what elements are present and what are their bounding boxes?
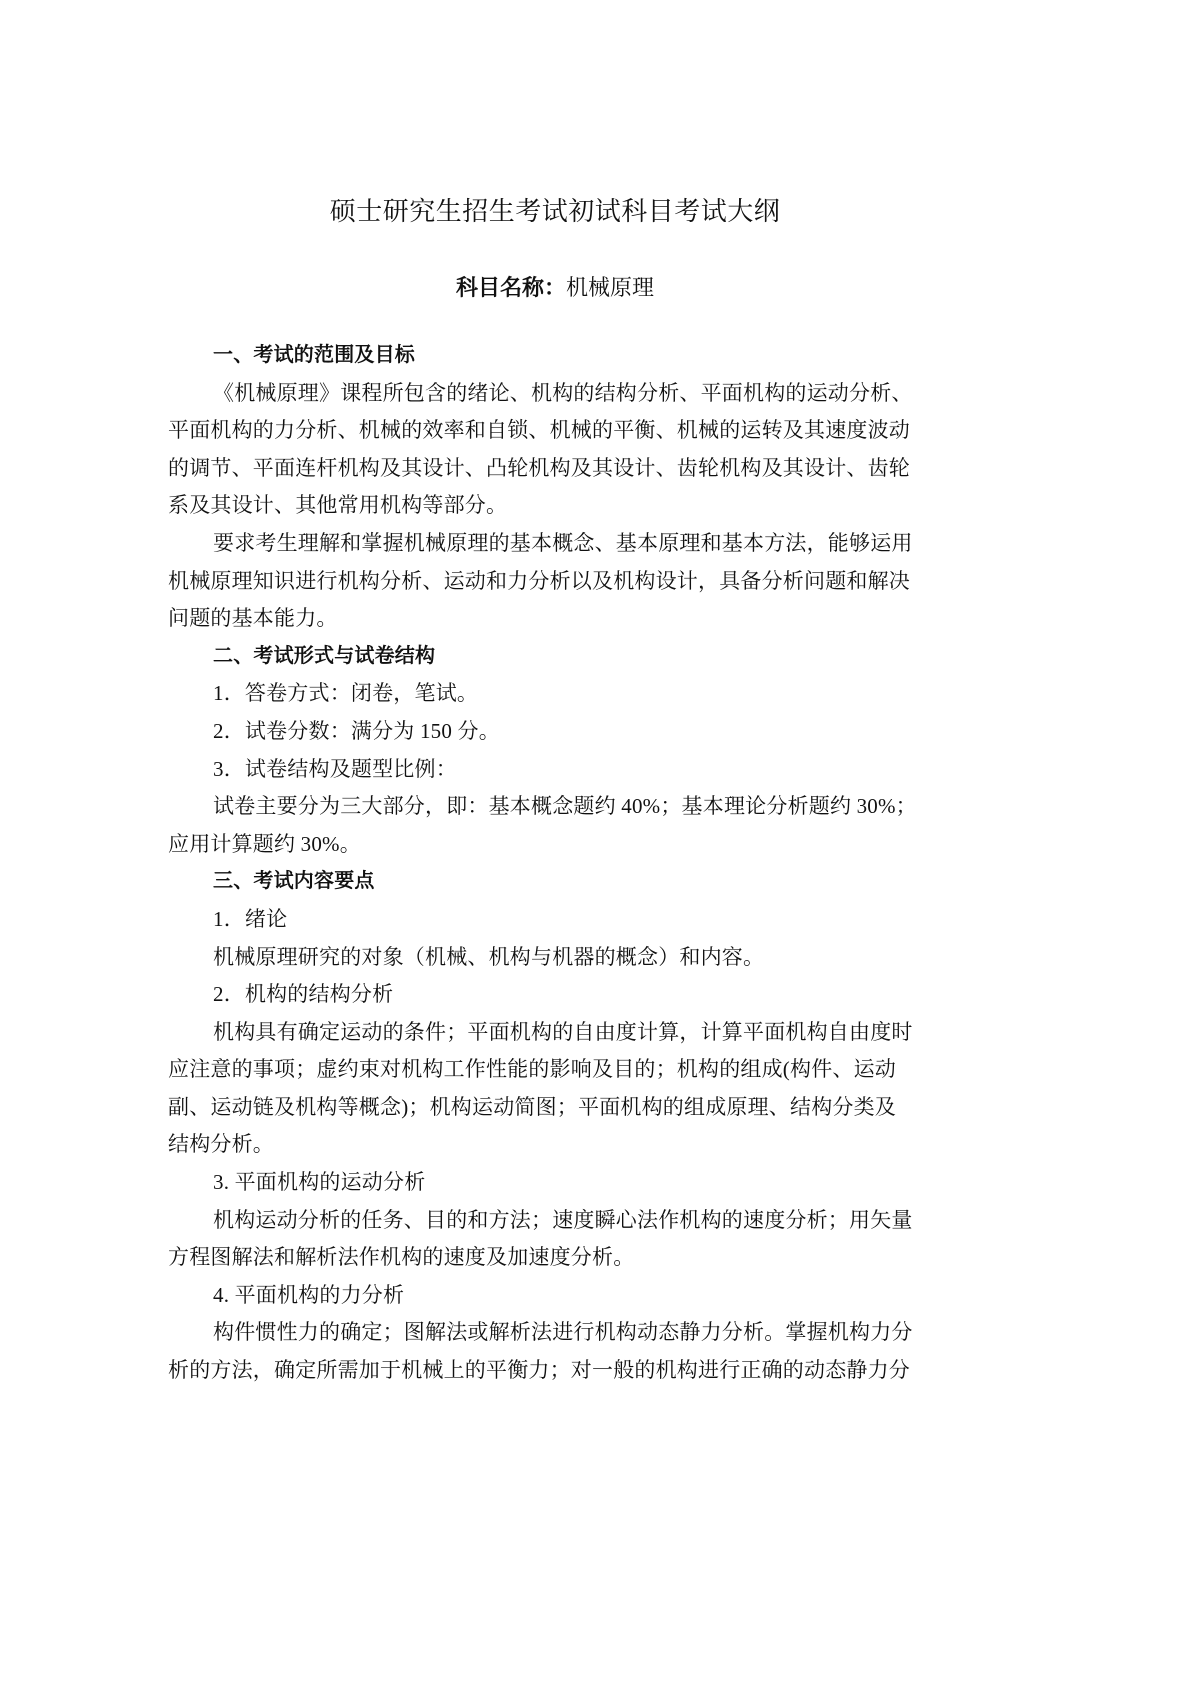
paragraph-line: 析的方法，确定所需加于机械上的平衡力；对一般的机构进行正确的动态静力分 [168,1352,943,1390]
paragraph-line: 试卷主要分为三大部分，即：基本概念题约 40%；基本理论分析题约 30%； [168,788,943,826]
paragraph-line: 构件惯性力的确定；图解法或解析法进行机构动态静力分析。掌握机构力分 [168,1314,943,1352]
section-heading-1: 一、考试的范围及目标 [168,337,943,375]
paragraph-line: 机械原理知识进行机构分析、运动和力分析以及机构设计，具备分析问题和解决 [168,563,943,601]
paragraph-line: 要求考生理解和掌握机械原理的基本概念、基本原理和基本方法，能够运用 [168,525,943,563]
paragraph-line: 问题的基本能力。 [168,600,943,638]
subsection-title: 4. 平面机构的力分析 [168,1277,943,1315]
section-heading-3: 三、考试内容要点 [168,863,943,901]
paragraph-line: 方程图解法和解析法作机构的速度及加速度分析。 [168,1239,943,1277]
list-item: 1．答卷方式：闭卷，笔试。 [168,675,943,713]
paragraph-line: 系及其设计、其他常用机构等部分。 [168,487,943,525]
paragraph-line: 结构分析。 [168,1126,943,1164]
subject-value: 机械原理 [566,275,654,300]
list-item: 2．试卷分数：满分为 150 分。 [168,713,943,751]
subsection-title: 3. 平面机构的运动分析 [168,1164,943,1202]
paragraph-line: 《机械原理》课程所包含的绪论、机构的结构分析、平面机构的运动分析、 [168,375,943,413]
list-item: 3．试卷结构及题型比例： [168,751,943,789]
document-page: 硕士研究生招生考试初试科目考试大纲 科目名称：机械原理 一、考试的范围及目标 《… [0,0,1190,1683]
document-body: 一、考试的范围及目标 《机械原理》课程所包含的绪论、机构的结构分析、平面机构的运… [168,337,943,1390]
paragraph-line: 机构具有确定运动的条件；平面机构的自由度计算，计算平面机构自由度时 [168,1014,943,1052]
subsection-title: 2．机构的结构分析 [168,976,943,1014]
subject-label: 科目名称： [456,275,566,300]
paragraph-line: 平面机构的力分析、机械的效率和自锁、机械的平衡、机械的运转及其速度波动 [168,412,943,450]
section-heading-2: 二、考试形式与试卷结构 [168,638,943,676]
paragraph-line: 副、运动链及机构等概念)；机构运动简图；平面机构的组成原理、结构分类及 [168,1089,943,1127]
paragraph-line: 的调节、平面连杆机构及其设计、凸轮机构及其设计、齿轮机构及其设计、齿轮 [168,450,943,488]
paragraph-line: 机构运动分析的任务、目的和方法；速度瞬心法作机构的速度分析；用矢量 [168,1202,943,1240]
document-title: 硕士研究生招生考试初试科目考试大纲 [0,194,1110,230]
paragraph-line: 机械原理研究的对象（机械、机构与机器的概念）和内容。 [168,939,943,977]
subject-line: 科目名称：机械原理 [0,270,1110,306]
paragraph-line: 应注意的事项；虚约束对机构工作性能的影响及目的；机构的组成(构件、运动 [168,1051,943,1089]
paragraph-line: 应用计算题约 30%。 [168,826,943,864]
subsection-title: 1．绪论 [168,901,943,939]
